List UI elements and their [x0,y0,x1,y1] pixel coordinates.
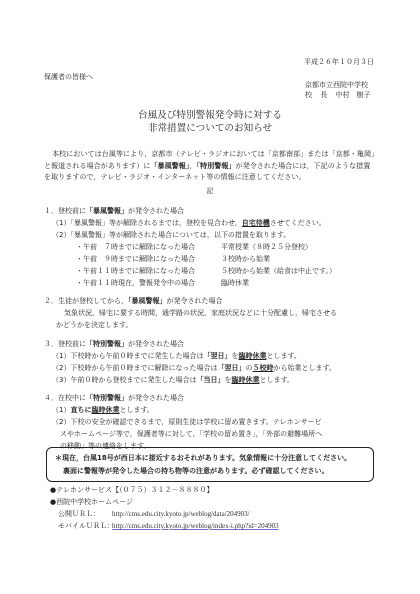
text: ４．在校中に [44,394,86,402]
text: （2）下校時から午前０時までに解除になった場合は [52,364,217,372]
text: （1）下校時から午前０時までに発生した場合は [52,352,203,360]
bold-term: 「暴風警報」 [128,297,167,305]
school-name: 京都市立西院中学校 [305,81,368,90]
bullet-when: ・午前１１時までに解除になった場合 [76,267,195,276]
text: （1）「暴風警報」等が解除されるまでは，登校を見合わせ， [52,219,242,227]
text: ２．生徒が登校してから， [44,297,128,305]
text: が発令された場合 [128,207,184,215]
section-3-item-1: （1）下校時から午前０時までに発生した場合は「翌日」を臨時休業とします。 [52,352,301,361]
section-3-item-3: （3）午前０時から登校までに発生した場合は「当日」を臨時休業とします。 [52,376,294,385]
bold-underline-term: ５校時 [252,364,273,372]
separator: ， [189,161,196,170]
section-3-item-2: （2）下校時から午前０時までに解除になった場合は「翌日」の５校時から始業とします… [52,364,336,373]
principal: 校 長 中村 樹子 [305,91,370,100]
bullet-action: ３校時から始業 [221,255,270,264]
bold-term: 「暴風警報」 [86,207,128,215]
title-line-1: 台風及び特別警報発令時に対する [0,110,420,122]
bold-term: 「当日」 [196,376,224,384]
special-warning-term: 「特別警報」 [197,161,236,170]
section-2-heading: ２．生徒が登校してから，「暴風警報」が発令された場合 [44,297,223,306]
document-date: 平成２６年１０月３日 [304,58,374,67]
bold-underline-term: 臨時休業 [231,376,259,384]
text: （3）午前０時から登校までに発生した場合は [52,376,196,384]
text: （1） [52,406,70,414]
bold-term: 「翌日」 [217,364,245,372]
section-4-item-2-line-1: （2）下校の安全が確認できるまで，原則生徒は学校に留め置きます。テレホンサービ [52,418,322,427]
storm-warning-term: 「暴風警報」 [150,161,189,170]
text: とします。 [119,406,153,414]
text: が発令された場合 [128,340,184,348]
section-1-heading: １．登校前に「暴風警報」が発令された場合 [44,207,184,216]
bullet-when: ・午前 ９時までに解除になった場合 [76,255,195,264]
intro-paragraph: 本校においては台風等により，京都市（テレビ・ラジオにおいては「京都南部」または「… [44,148,376,183]
principal-title: 校 長 [305,91,327,99]
section-4-item-2-line-2: スやホームページ等で，保護者等に対して，「学校の留め置き」，「外部の避難場所へ [60,430,322,439]
mobile-url-link[interactable]: http://cms.edu.city.kyoto.jp/weblog/inde… [112,522,279,531]
bold-term: 直ちに [70,406,91,414]
section-2-body-2: かどうかを決定します。 [56,321,132,330]
notice-box [46,447,374,482]
notice-line-1: ＊現在，台風18号が西日本に接近するおそれがあります。気象情報に十分注意してくだ… [55,454,351,463]
text: させてください。 [270,219,326,227]
text: が発令された場合 [128,394,184,402]
bullet-when: ・午前 ７時までに解除になった場合 [76,243,195,252]
bullet-action: 臨時休業 [221,279,249,288]
notice-line-2: 裏面に警報等が発令した場合の持ち物等の注意があります。必ず確認してください。 [63,467,328,476]
homepage-label: ●西院中学校ホームページ [50,498,133,507]
bold-term: 「特別警報」 [86,340,128,348]
public-url-label: 公開ＵＲＬ： [58,510,100,519]
section-4-heading: ４．在校中に「特別警報」が発令された場合 [44,394,184,403]
addressee: 保護者の皆様へ [44,73,93,82]
text: とします。 [259,376,293,384]
bullet-action: 平常授業（８時２５分登校） [221,243,312,252]
bullet-when: ・午前１１時現在，警報発令中の場合 [76,279,195,288]
home-standby-term: 自宅待機 [242,219,270,227]
section-1-item-1: （1）「暴風警報」等が解除されるまでは，登校を見合わせ，自宅待機させてください。 [52,219,326,228]
telephone-service: ●テレホンサービス【（０７５）３１２－８８８０】 [50,486,213,495]
text: １．登校前に [44,207,86,215]
section-1-item-2: （2）「暴風警報」等が解除された場合については，以下の措置を取ります。 [52,231,290,240]
bold-underline-term: 臨時休業 [238,352,266,360]
text: から始業とします。 [273,364,335,372]
principal-name: 中村 樹子 [335,91,370,99]
text: が発令された場合 [167,297,223,305]
public-url-link[interactable]: http://cms.edu.city.kyoto.jp/weblog/data… [112,510,250,519]
bold-term: 「特別警報」 [86,394,128,402]
title-line-2: 非常措置についてのお知らせ [0,123,420,135]
section-2-body-1: 気象状況，帰宅に要する時間，通学路の状況，家庭状況などに十分配慮し，帰宅させる [64,309,337,318]
ki-heading: 記 [0,187,420,196]
bold-underline-term: 臨時休業 [91,406,119,414]
mobile-url-label: モバイルＵＲＬ： [58,522,114,531]
section-4-item-1: （1）直ちに臨時休業とします。 [52,406,154,415]
section-3-heading: ３．登校前に「特別警報」が発令された場合 [44,340,184,349]
text: とします。 [266,352,300,360]
bold-term: 「翌日」 [203,352,231,360]
text: ３．登校前に [44,340,86,348]
bullet-action: ５校時から始業（給食は中止です。） [221,267,336,276]
